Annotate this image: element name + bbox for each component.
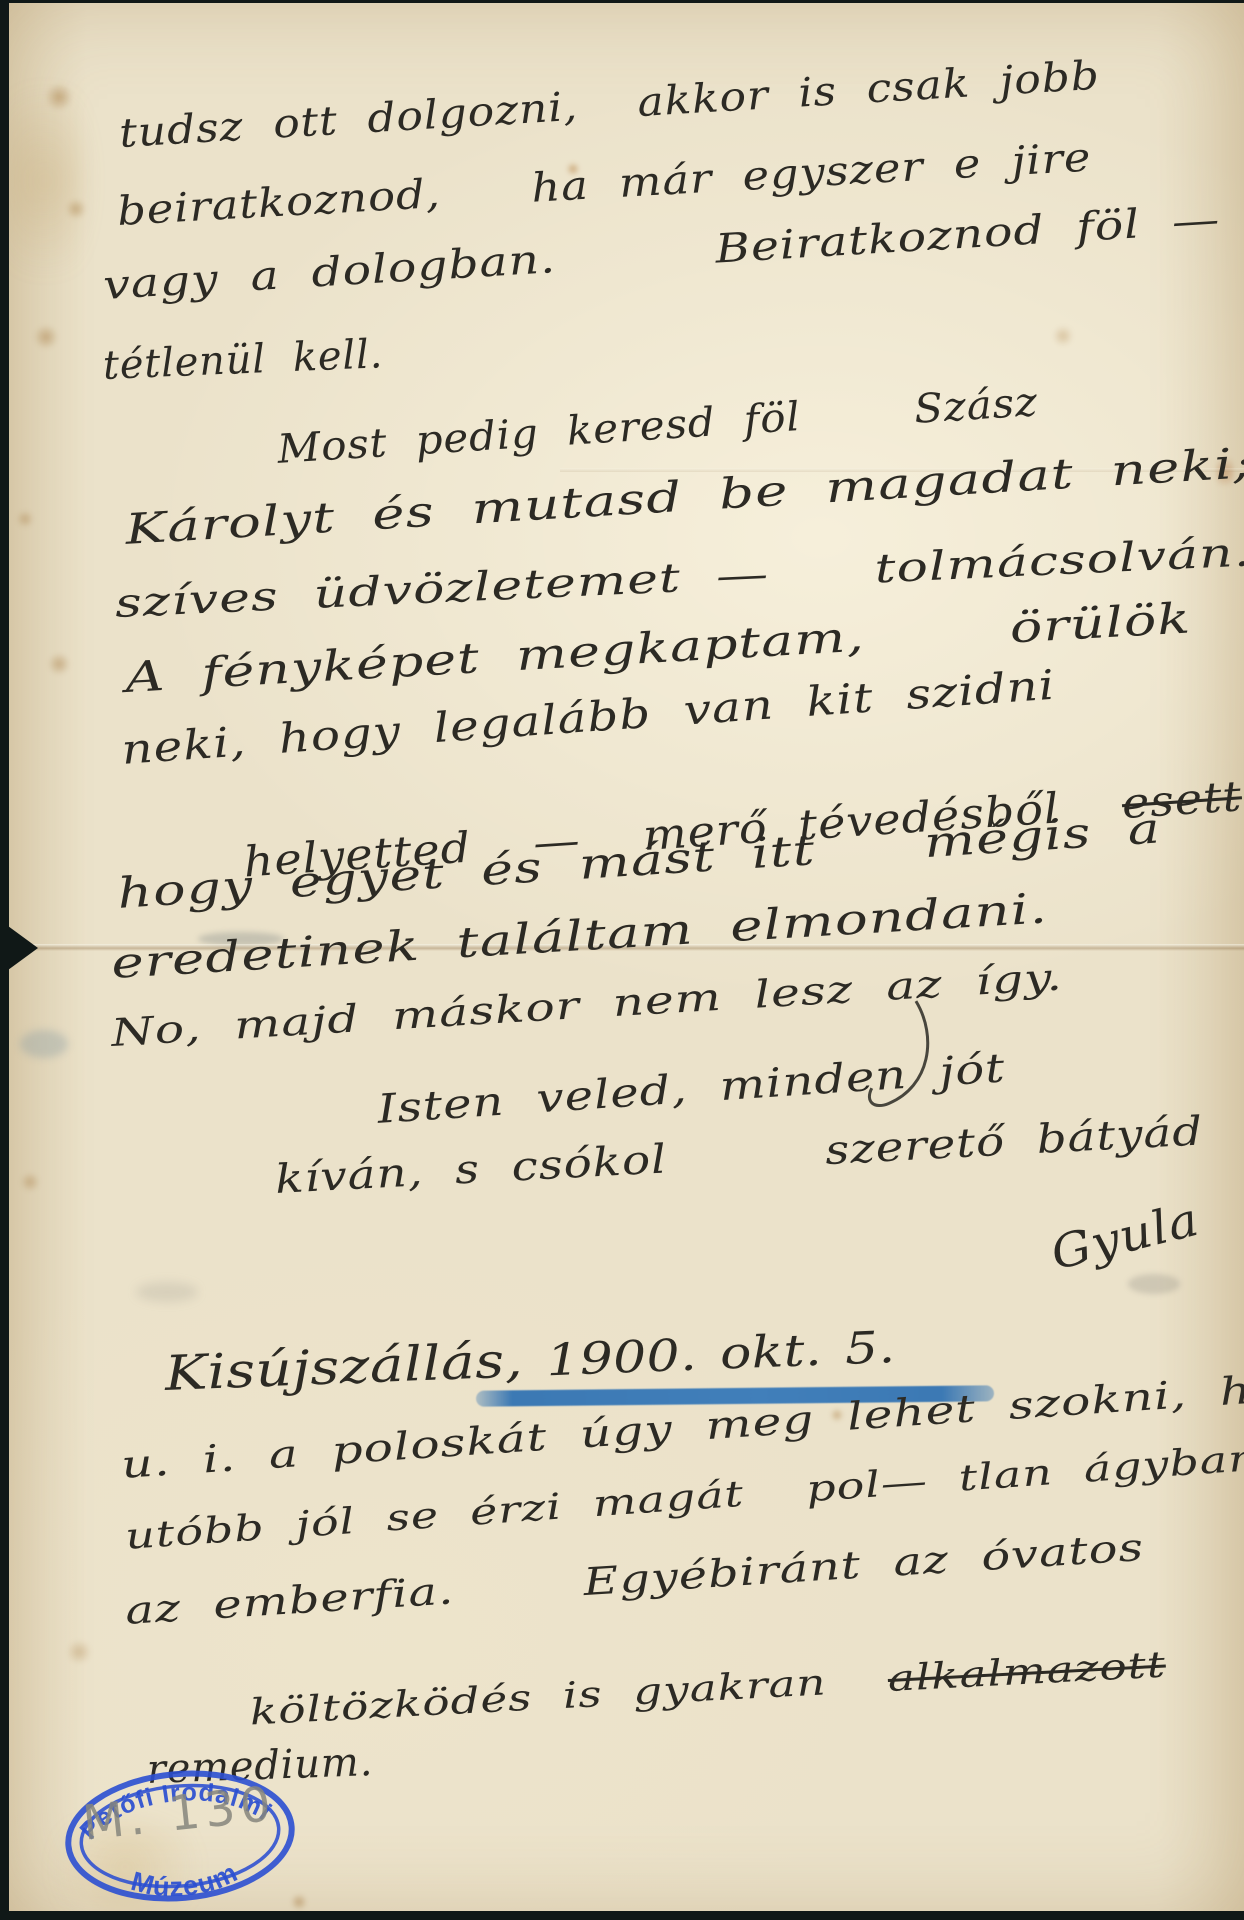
dateline-place: Kisújszállás, <box>164 1332 524 1402</box>
signature: Gyula <box>1046 1194 1204 1280</box>
foxing-spot <box>48 652 70 676</box>
pencil-smudge <box>1128 1274 1180 1294</box>
torn-edge-notch <box>8 926 38 970</box>
scan-background-edge <box>0 0 1244 3</box>
letter-paper: tudsz ott dolgozni, akkor is csak jobb b… <box>0 0 1244 1920</box>
dateline-date: 1900. okt. 5. <box>545 1322 896 1386</box>
paper-stain <box>8 56 82 306</box>
foxing-spot <box>16 510 34 528</box>
scan-background-edge <box>0 1911 1244 1920</box>
handwriting-line: tétlenül kell. <box>102 332 384 388</box>
ink-smudge <box>20 1030 68 1058</box>
pen-flourish <box>848 993 948 1121</box>
foxing-spot <box>34 324 58 350</box>
foxing-spot <box>1052 326 1074 346</box>
handwriting-segment: költözködés is gyakran <box>249 1659 889 1733</box>
foxing-spot <box>20 1172 40 1192</box>
foxing-spot <box>290 1894 308 1910</box>
ink-smudge <box>136 1282 198 1302</box>
crossed-out-word: alkalmazott <box>887 1645 1167 1701</box>
foxing-spot <box>66 1640 92 1664</box>
